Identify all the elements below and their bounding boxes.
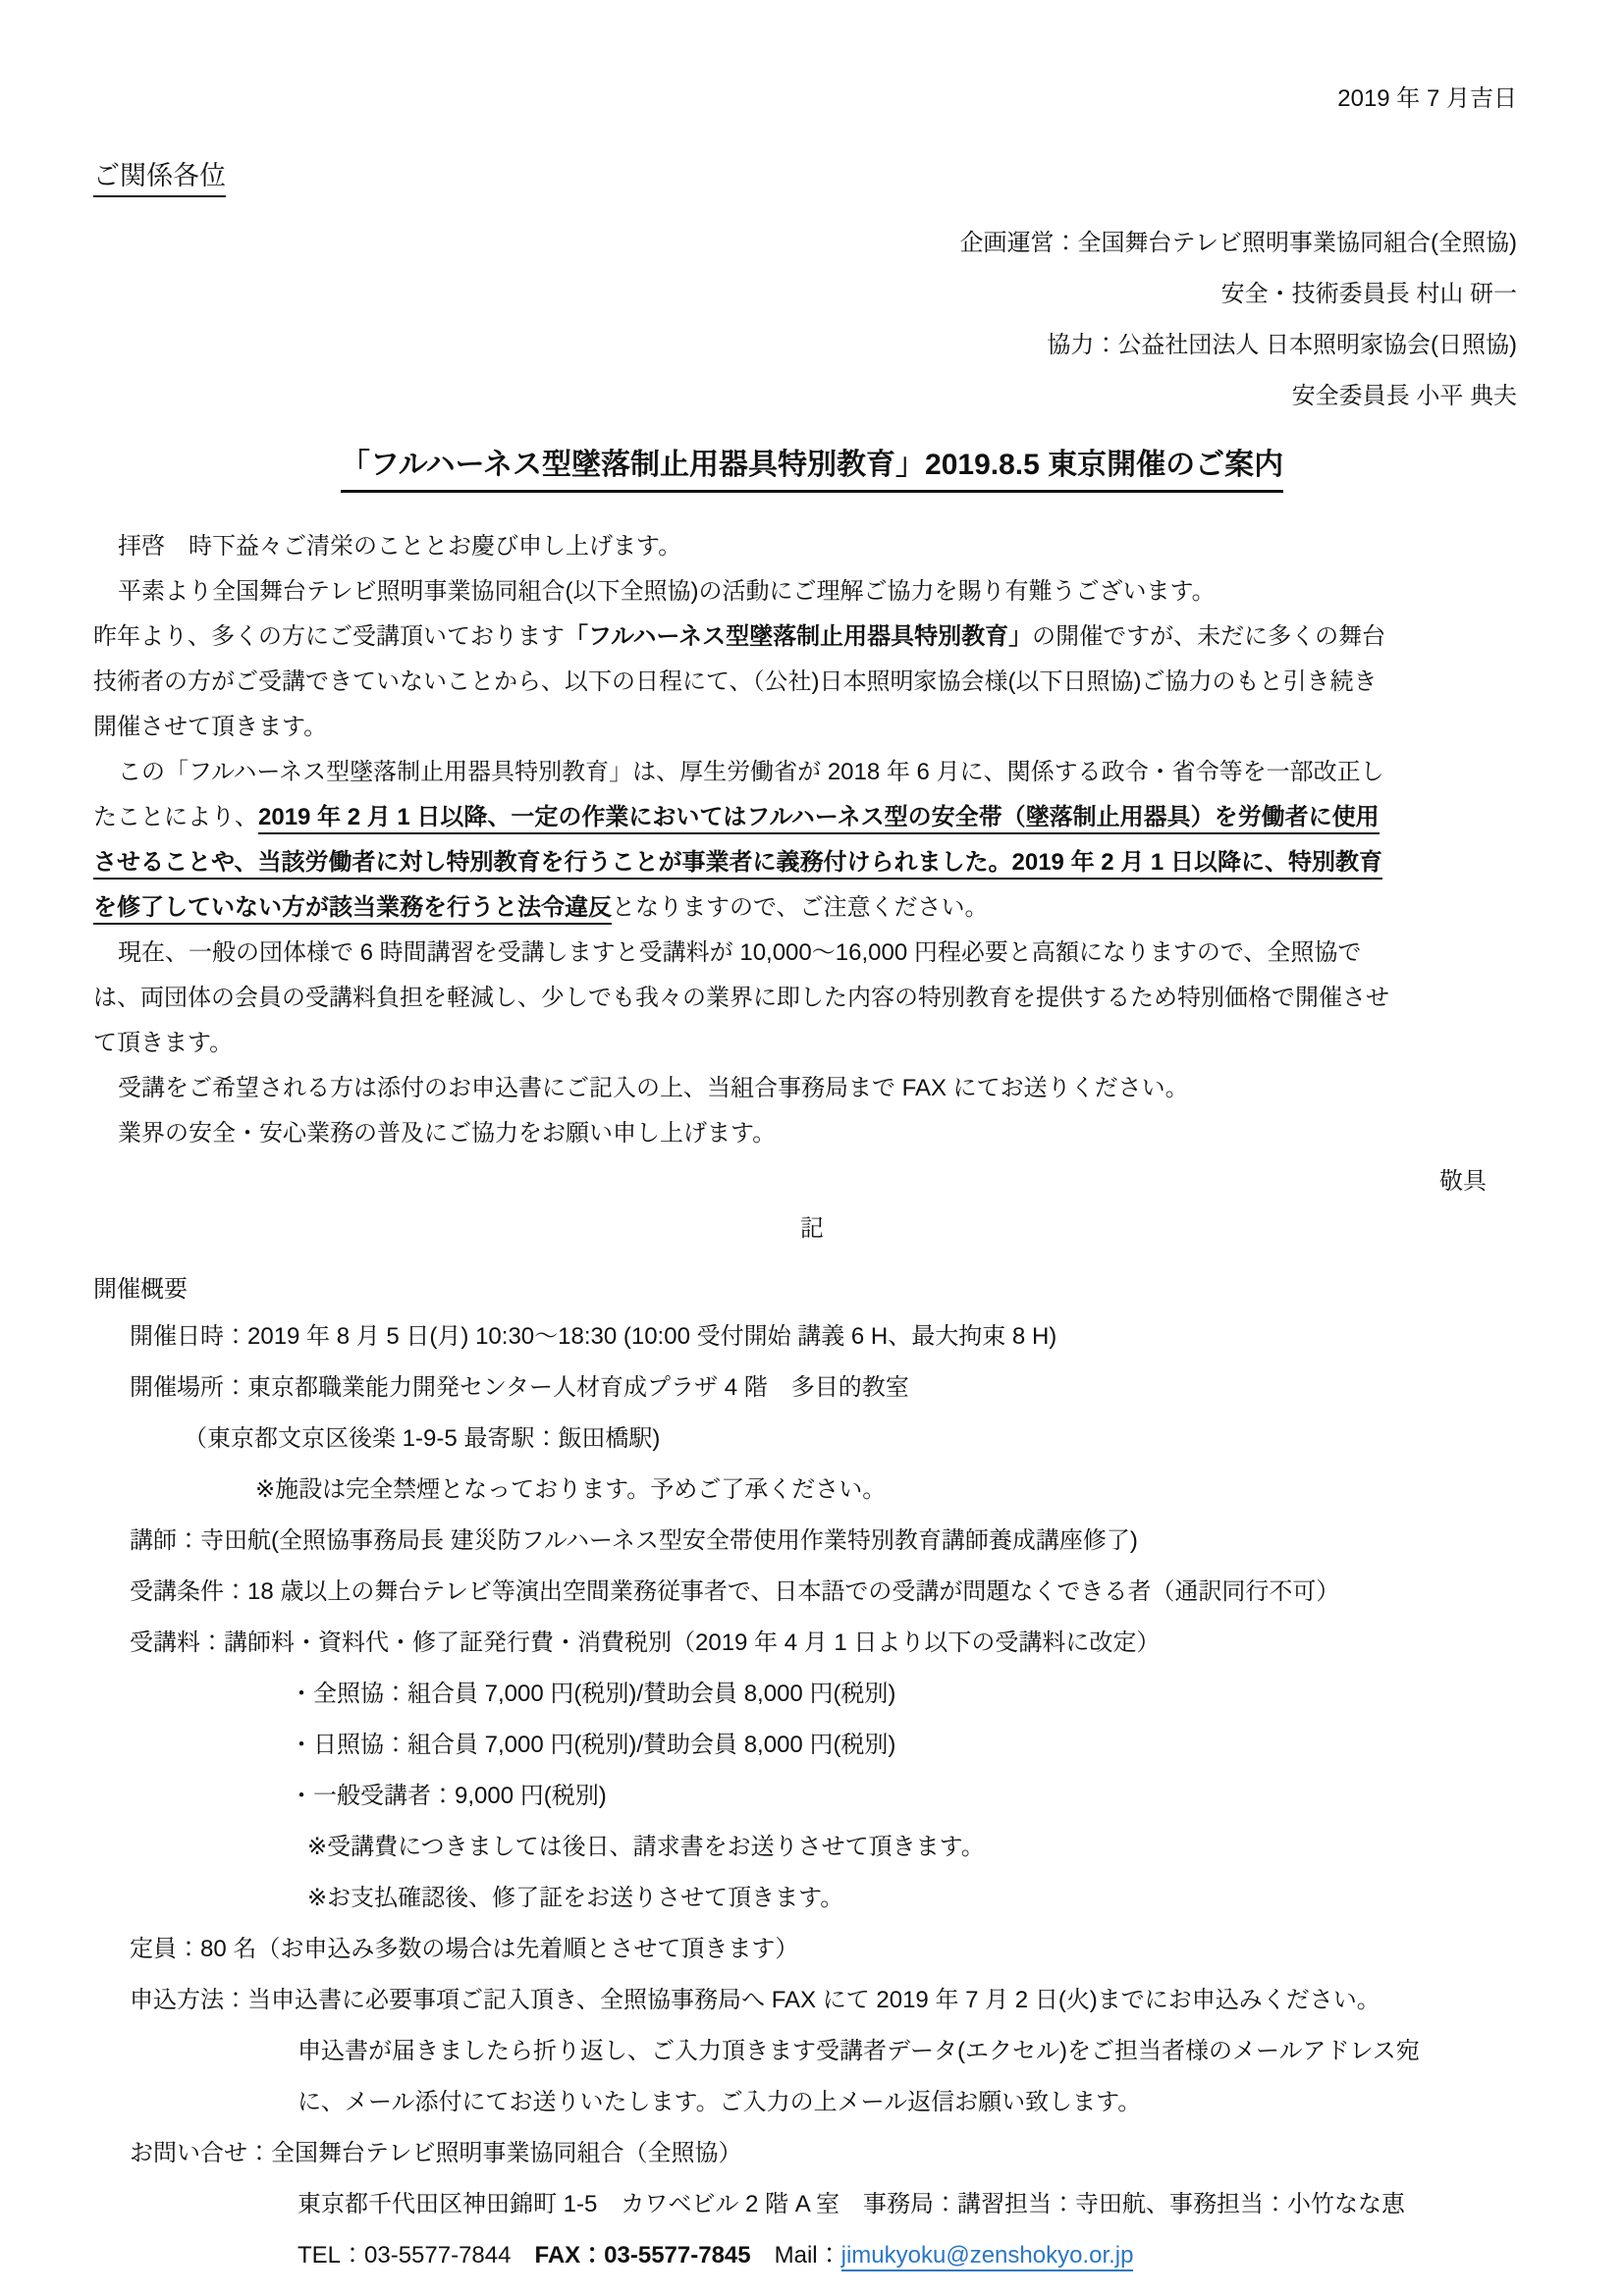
body-line: たことにより、2019 年 2 月 1 日以降、一定の作業においてはフルハーネス… bbox=[93, 795, 1531, 840]
text-segment: 申込書が届きましたら折り返し、ご入力頂きます受講者データ(エクセル)をご担当者様… bbox=[298, 2038, 1420, 2064]
text-segment: を修了していない方が該当業務を行うと法令違反 bbox=[93, 894, 612, 925]
text-segment: この「フルハーネス型墜落制止用器具特別教育」は、厚生労働省が 2018 年 6 … bbox=[118, 759, 1384, 785]
contact-address: 東京都千代田区神田錦町 1-5 カワベビル 2 階 A 室 事務局：講習担当：寺… bbox=[93, 2179, 1531, 2230]
body-line: 受講をご希望される方は添付のお申込書にご記入の上、当組合事務局まで FAX にて… bbox=[93, 1066, 1531, 1111]
document-date: 2019 年 7 月吉日 bbox=[93, 84, 1531, 114]
text-segment: 開催場所：東京都職業能力開発センター人材育成プラザ 4 階 多目的教室 bbox=[130, 1374, 909, 1401]
closing-keigu: 敬具 bbox=[93, 1162, 1531, 1201]
overview-list: 開催日時：2019 年 8 月 5 日(月) 10:30～18:30 (10:0… bbox=[93, 1311, 1531, 2281]
requirements: 受講条件：18 歳以上の舞台テレビ等演出空間業務従事者で、日本語での受講が問題な… bbox=[93, 1567, 1531, 1618]
text-segment: ※お支払確認後、修了証をお送りさせて頂きます。 bbox=[307, 1885, 843, 1911]
sender-block: 企画運営：全国舞台テレビ照明事業協同組合(全照協)安全・技術委員長 村山 研一協… bbox=[93, 218, 1531, 422]
record-marker: 記 bbox=[93, 1209, 1531, 1249]
sender-line: 協力：公益社団法人 日本照明家協会(日照協) bbox=[93, 320, 1517, 371]
text-segment: 東京都千代田区神田錦町 1-5 カワベビル 2 階 A 室 事務局：講習担当：寺… bbox=[298, 2191, 1405, 2217]
text-segment: となりますので、ご注意ください。 bbox=[612, 894, 989, 921]
application-method: 申込方法：当申込書に必要事項ご記入頂き、全照協事務局へ FAX にて 2019 … bbox=[93, 1975, 1531, 2026]
body-line: 技術者の方がご受講できていないことから、以下の日程にて、（公社)日本照明家協会様… bbox=[93, 660, 1531, 705]
body-line: させることや、当該労働者に対し特別教育を行うことが事業者に義務付けられました。2… bbox=[93, 840, 1531, 885]
contact: お問い合せ：全国舞台テレビ照明事業協同組合（全照協） bbox=[93, 2128, 1531, 2179]
body-line: 昨年より、多くの方にご受講頂いております「フルハーネス型墜落制止用器具特別教育」… bbox=[93, 614, 1531, 660]
body-line: 開催させて頂きます。 bbox=[93, 705, 1531, 750]
text-segment: ※施設は完全禁煙となっております。予めご了承ください。 bbox=[255, 1476, 886, 1503]
fee: 受講料：講師料・資料代・修了証発行費・消費税別（2019 年 4 月 1 日より… bbox=[93, 1618, 1531, 1669]
text-segment: は、両団体の会員の受講料負担を軽減し、少しでも我々の業界に即した内容の特別教育を… bbox=[93, 985, 1389, 1011]
text-segment: Mail： bbox=[751, 2242, 841, 2269]
capacity: 定員：80 名（お申込み多数の場合は先着順とさせて頂きます） bbox=[93, 1924, 1531, 1975]
title-wrap: 「フルハーネス型墜落制止用器具特別教育」2019.8.5 東京開催のご案内 bbox=[93, 440, 1531, 493]
fee-general: ・一般受講者：9,000 円(税別) bbox=[93, 1771, 1531, 1822]
document-page: 2019 年 7 月吉日 ご関係各位 企画運営：全国舞台テレビ照明事業協同組合(… bbox=[0, 0, 1624, 2296]
text-segment: 開催日時：2019 年 8 月 5 日(月) 10:30～18:30 (10:0… bbox=[130, 1323, 1056, 1350]
body-line: 拝啓 時下益々ご清栄のこととお慶び申し上げます。 bbox=[93, 524, 1531, 569]
body-line: を修了していない方が該当業務を行うと法令違反となりますので、ご注意ください。 bbox=[93, 885, 1531, 931]
addressee-wrap: ご関係各位 bbox=[93, 159, 1531, 194]
text-segment: て頂きます。 bbox=[93, 1030, 233, 1056]
venue-address: （東京都文京区後楽 1-9-5 最寄駅：飯田橋駅) bbox=[93, 1414, 1531, 1465]
body-line: 業界の安全・安心業務の普及にご協力をお願い申し上げます。 bbox=[93, 1111, 1531, 1156]
body-line: は、両団体の会員の受講料負担を軽減し、少しでも我々の業界に即した内容の特別教育を… bbox=[93, 976, 1531, 1021]
application-flow-1: 申込書が届きましたら折り返し、ご入力頂きます受講者データ(エクセル)をご担当者様… bbox=[93, 2026, 1531, 2077]
text-segment: させることや、当該労働者に対し特別教育を行うことが事業者に義務付けられました。2… bbox=[93, 849, 1382, 880]
body-text: 拝啓 時下益々ご清栄のこととお慶び申し上げます。平素より全国舞台テレビ照明事業協… bbox=[93, 524, 1531, 1156]
text-segment: FAX：03-5577-7845 bbox=[534, 2242, 750, 2269]
text-segment: に、メール添付にてお送りいたします。ご入力の上メール返信お願い致します。 bbox=[298, 2089, 1141, 2115]
text-segment: 講師：寺田航(全照協事務局長 建災防フルハーネス型安全帯使用作業特別教育講師養成… bbox=[130, 1527, 1138, 1554]
body-line: 現在、一般の団体様で 6 時間講習を受講しますと受講料が 10,000～16,0… bbox=[93, 931, 1531, 976]
application-flow-2: に、メール添付にてお送りいたします。ご入力の上メール返信お願い致します。 bbox=[93, 2077, 1531, 2128]
text-segment: 受講料：講師料・資料代・修了証発行費・消費税別（2019 年 4 月 1 日より… bbox=[130, 1629, 1160, 1656]
text-segment: 業界の安全・安心業務の普及にご協力をお願い申し上げます。 bbox=[118, 1120, 776, 1147]
text-segment: 開催させて頂きます。 bbox=[93, 714, 327, 740]
fee-zenshokyo: ・全照協：組合員 7,000 円(税別)/賛助会員 8,000 円(税別) bbox=[93, 1669, 1531, 1720]
text-segment: 受講条件：18 歳以上の舞台テレビ等演出空間業務従事者で、日本語での受講が問題な… bbox=[130, 1578, 1339, 1605]
text-segment: 拝啓 時下益々ご清栄のこととお慶び申し上げます。 bbox=[118, 533, 681, 560]
text-segment: 申込方法：当申込書に必要事項ご記入頂き、全照協事務局へ FAX にて 2019 … bbox=[130, 1987, 1380, 2013]
addressee: ご関係各位 bbox=[93, 161, 226, 197]
text-segment: 受講をご希望される方は添付のお申込書にご記入の上、当組合事務局まで FAX にて… bbox=[118, 1075, 1189, 1101]
event-datetime: 開催日時：2019 年 8 月 5 日(月) 10:30～18:30 (10:0… bbox=[93, 1311, 1531, 1362]
body-line: て頂きます。 bbox=[93, 1021, 1531, 1066]
text-segment: 「フルハーネス型墜落制止用器具特別教育」 bbox=[565, 623, 1032, 650]
text-segment: の開催ですが、未だに多くの舞台 bbox=[1032, 623, 1385, 650]
text-segment: ・日照協：組合員 7,000 円(税別)/賛助会員 8,000 円(税別) bbox=[290, 1732, 895, 1758]
contact-numbers: TEL：03-5577-7844 FAX：03-5577-7845 Mail：j… bbox=[93, 2230, 1531, 2281]
event-venue: 開催場所：東京都職業能力開発センター人材育成プラザ 4 階 多目的教室 bbox=[93, 1362, 1531, 1414]
text-segment: 昨年より、多くの方にご受講頂いております bbox=[93, 623, 565, 650]
text-segment: ・全照協：組合員 7,000 円(税別)/賛助会員 8,000 円(税別) bbox=[290, 1681, 895, 1707]
text-segment: 現在、一般の団体様で 6 時間講習を受講しますと受講料が 10,000～16,0… bbox=[118, 939, 1361, 966]
document-title: 「フルハーネス型墜落制止用器具特別教育」2019.8.5 東京開催のご案内 bbox=[341, 440, 1283, 493]
certificate-note: ※お支払確認後、修了証をお送りさせて頂きます。 bbox=[93, 1873, 1531, 1924]
text-segment: お問い合せ：全国舞台テレビ照明事業協同組合（全照協） bbox=[130, 2140, 742, 2166]
text-segment: 2019 年 2 月 1 日以降、一定の作業においてはフルハーネス型の安全帯（墜… bbox=[258, 804, 1380, 834]
text-segment: 技術者の方がご受講できていないことから、以下の日程にて、（公社)日本照明家協会様… bbox=[93, 668, 1378, 695]
sender-line: 安全委員長 小平 典夫 bbox=[93, 371, 1517, 422]
text-segment: （東京都文京区後楽 1-9-5 最寄駅：飯田橋駅) bbox=[184, 1425, 660, 1452]
email-link[interactable]: jimukyoku@zenshokyo.or.jp bbox=[841, 2242, 1134, 2271]
body-line: 平素より全国舞台テレビ照明事業協同組合(以下全照協)の活動にご理解ご協力を賜り有… bbox=[93, 569, 1531, 614]
text-segment: TEL：03-5577-7844 bbox=[298, 2242, 534, 2269]
sender-line: 安全・技術委員長 村山 研一 bbox=[93, 269, 1517, 320]
body-line: この「フルハーネス型墜落制止用器具特別教育」は、厚生労働省が 2018 年 6 … bbox=[93, 750, 1531, 795]
text-segment: ※受講費につきましては後日、請求書をお送りさせて頂きます。 bbox=[307, 1834, 985, 1860]
sender-line: 企画運営：全国舞台テレビ照明事業協同組合(全照協) bbox=[93, 218, 1517, 269]
overview-heading: 開催概要 bbox=[93, 1270, 1531, 1309]
text-segment: たことにより、 bbox=[93, 804, 258, 830]
fee-nisshokyo: ・日照協：組合員 7,000 円(税別)/賛助会員 8,000 円(税別) bbox=[93, 1720, 1531, 1771]
text-segment: 平素より全国舞台テレビ照明事業協同組合(以下全照協)の活動にご理解ご協力を賜り有… bbox=[118, 578, 1216, 605]
instructor: 講師：寺田航(全照協事務局長 建災防フルハーネス型安全帯使用作業特別教育講師養成… bbox=[93, 1516, 1531, 1567]
text-segment: ・一般受講者：9,000 円(税別) bbox=[290, 1783, 607, 1809]
text-segment: 定員：80 名（お申込み多数の場合は先着順とさせて頂きます） bbox=[130, 1936, 798, 1962]
no-smoking-note: ※施設は完全禁煙となっております。予めご了承ください。 bbox=[93, 1465, 1531, 1516]
invoice-note: ※受講費につきましては後日、請求書をお送りさせて頂きます。 bbox=[93, 1822, 1531, 1873]
